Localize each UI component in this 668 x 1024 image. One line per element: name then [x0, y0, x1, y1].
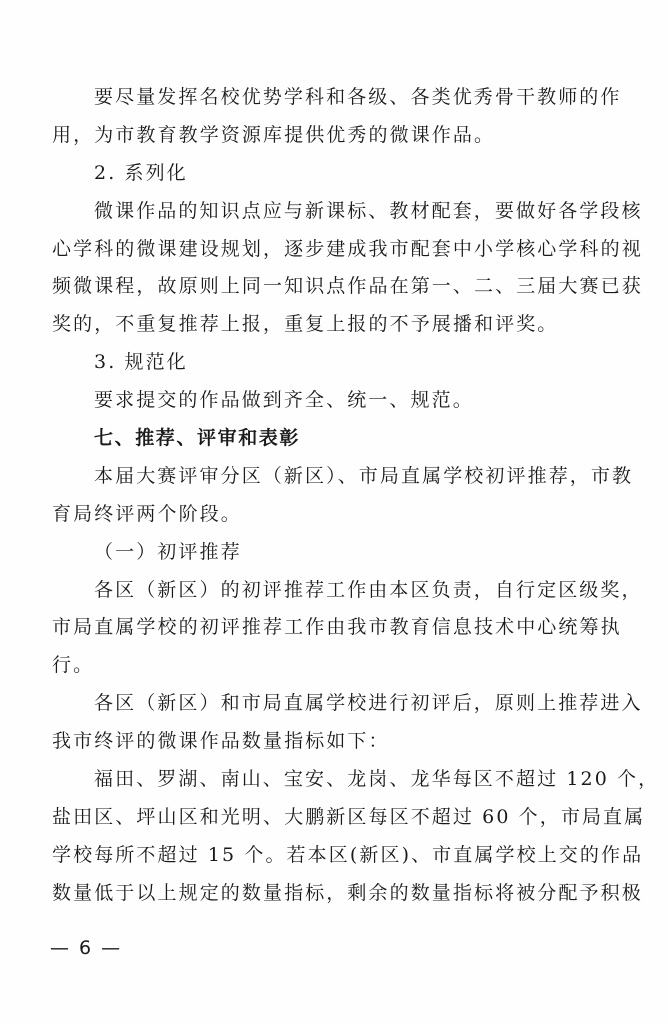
- section-heading: 七、推荐、评审和表彰: [52, 420, 628, 458]
- subheading-serialization: 2. 系列化: [52, 155, 628, 193]
- paragraph-line: 学校每所不超过 15 个。若本区(新区)、市直属学校上交的作品: [52, 837, 628, 875]
- paragraph-line: 微课作品的知识点应与新课标、教材配套，要做好各学段核: [52, 193, 628, 231]
- document-body: 要尽量发挥名校优势学科和各级、各类优秀骨干教师的作 用，为市教育教学资源库提供优…: [52, 79, 628, 913]
- paragraph-line: 要求提交的作品做到齐全、统一、规范。: [52, 382, 628, 420]
- document-page: 要尽量发挥名校优势学科和各级、各类优秀骨干教师的作 用，为市教育教学资源库提供优…: [0, 0, 668, 1024]
- paragraph-line: 市局直属学校的初评推荐工作由我市教育信息技术中心统筹执: [52, 609, 628, 647]
- paragraph-line: 要尽量发挥名校优势学科和各级、各类优秀骨干教师的作: [52, 79, 628, 117]
- paragraph-line: 行。: [52, 647, 628, 685]
- paragraph-line: 奖的，不重复推荐上报，重复上报的不予展播和评奖。: [52, 306, 628, 344]
- paragraph-line: 心学科的微课建设规划，逐步建成我市配套中小学核心学科的视: [52, 231, 628, 269]
- paragraph-line: 用，为市教育教学资源库提供优秀的微课作品。: [52, 117, 628, 155]
- paragraph-line: 频微课程，故原则上同一知识点作品在第一、二、三届大赛已获: [52, 268, 628, 306]
- subheading-preliminary-review: （一）初评推荐: [52, 534, 628, 572]
- paragraph-line: 育局终评两个阶段。: [52, 496, 628, 534]
- paragraph-line: 福田、罗湖、南山、宝安、龙岗、龙华每区不超过 120 个，: [52, 761, 628, 799]
- paragraph-line: 盐田区、坪山区和光明、大鹏新区每区不超过 60 个，市局直属: [52, 799, 628, 837]
- paragraph-line: 我市终评的微课作品数量指标如下：: [52, 723, 628, 761]
- subheading-standardization: 3. 规范化: [52, 344, 628, 382]
- paragraph-line: 各区（新区）和市局直属学校进行初评后，原则上推荐进入: [52, 685, 628, 723]
- paragraph-line: 各区（新区）的初评推荐工作由本区负责，自行定区级奖，: [52, 572, 628, 610]
- paragraph-line: 数量低于以上规定的数量指标，剩余的数量指标将被分配予积极: [52, 875, 628, 913]
- page-number: — 6 —: [50, 936, 122, 960]
- paragraph-line: 本届大赛评审分区（新区）、市局直属学校初评推荐，市教: [52, 458, 628, 496]
